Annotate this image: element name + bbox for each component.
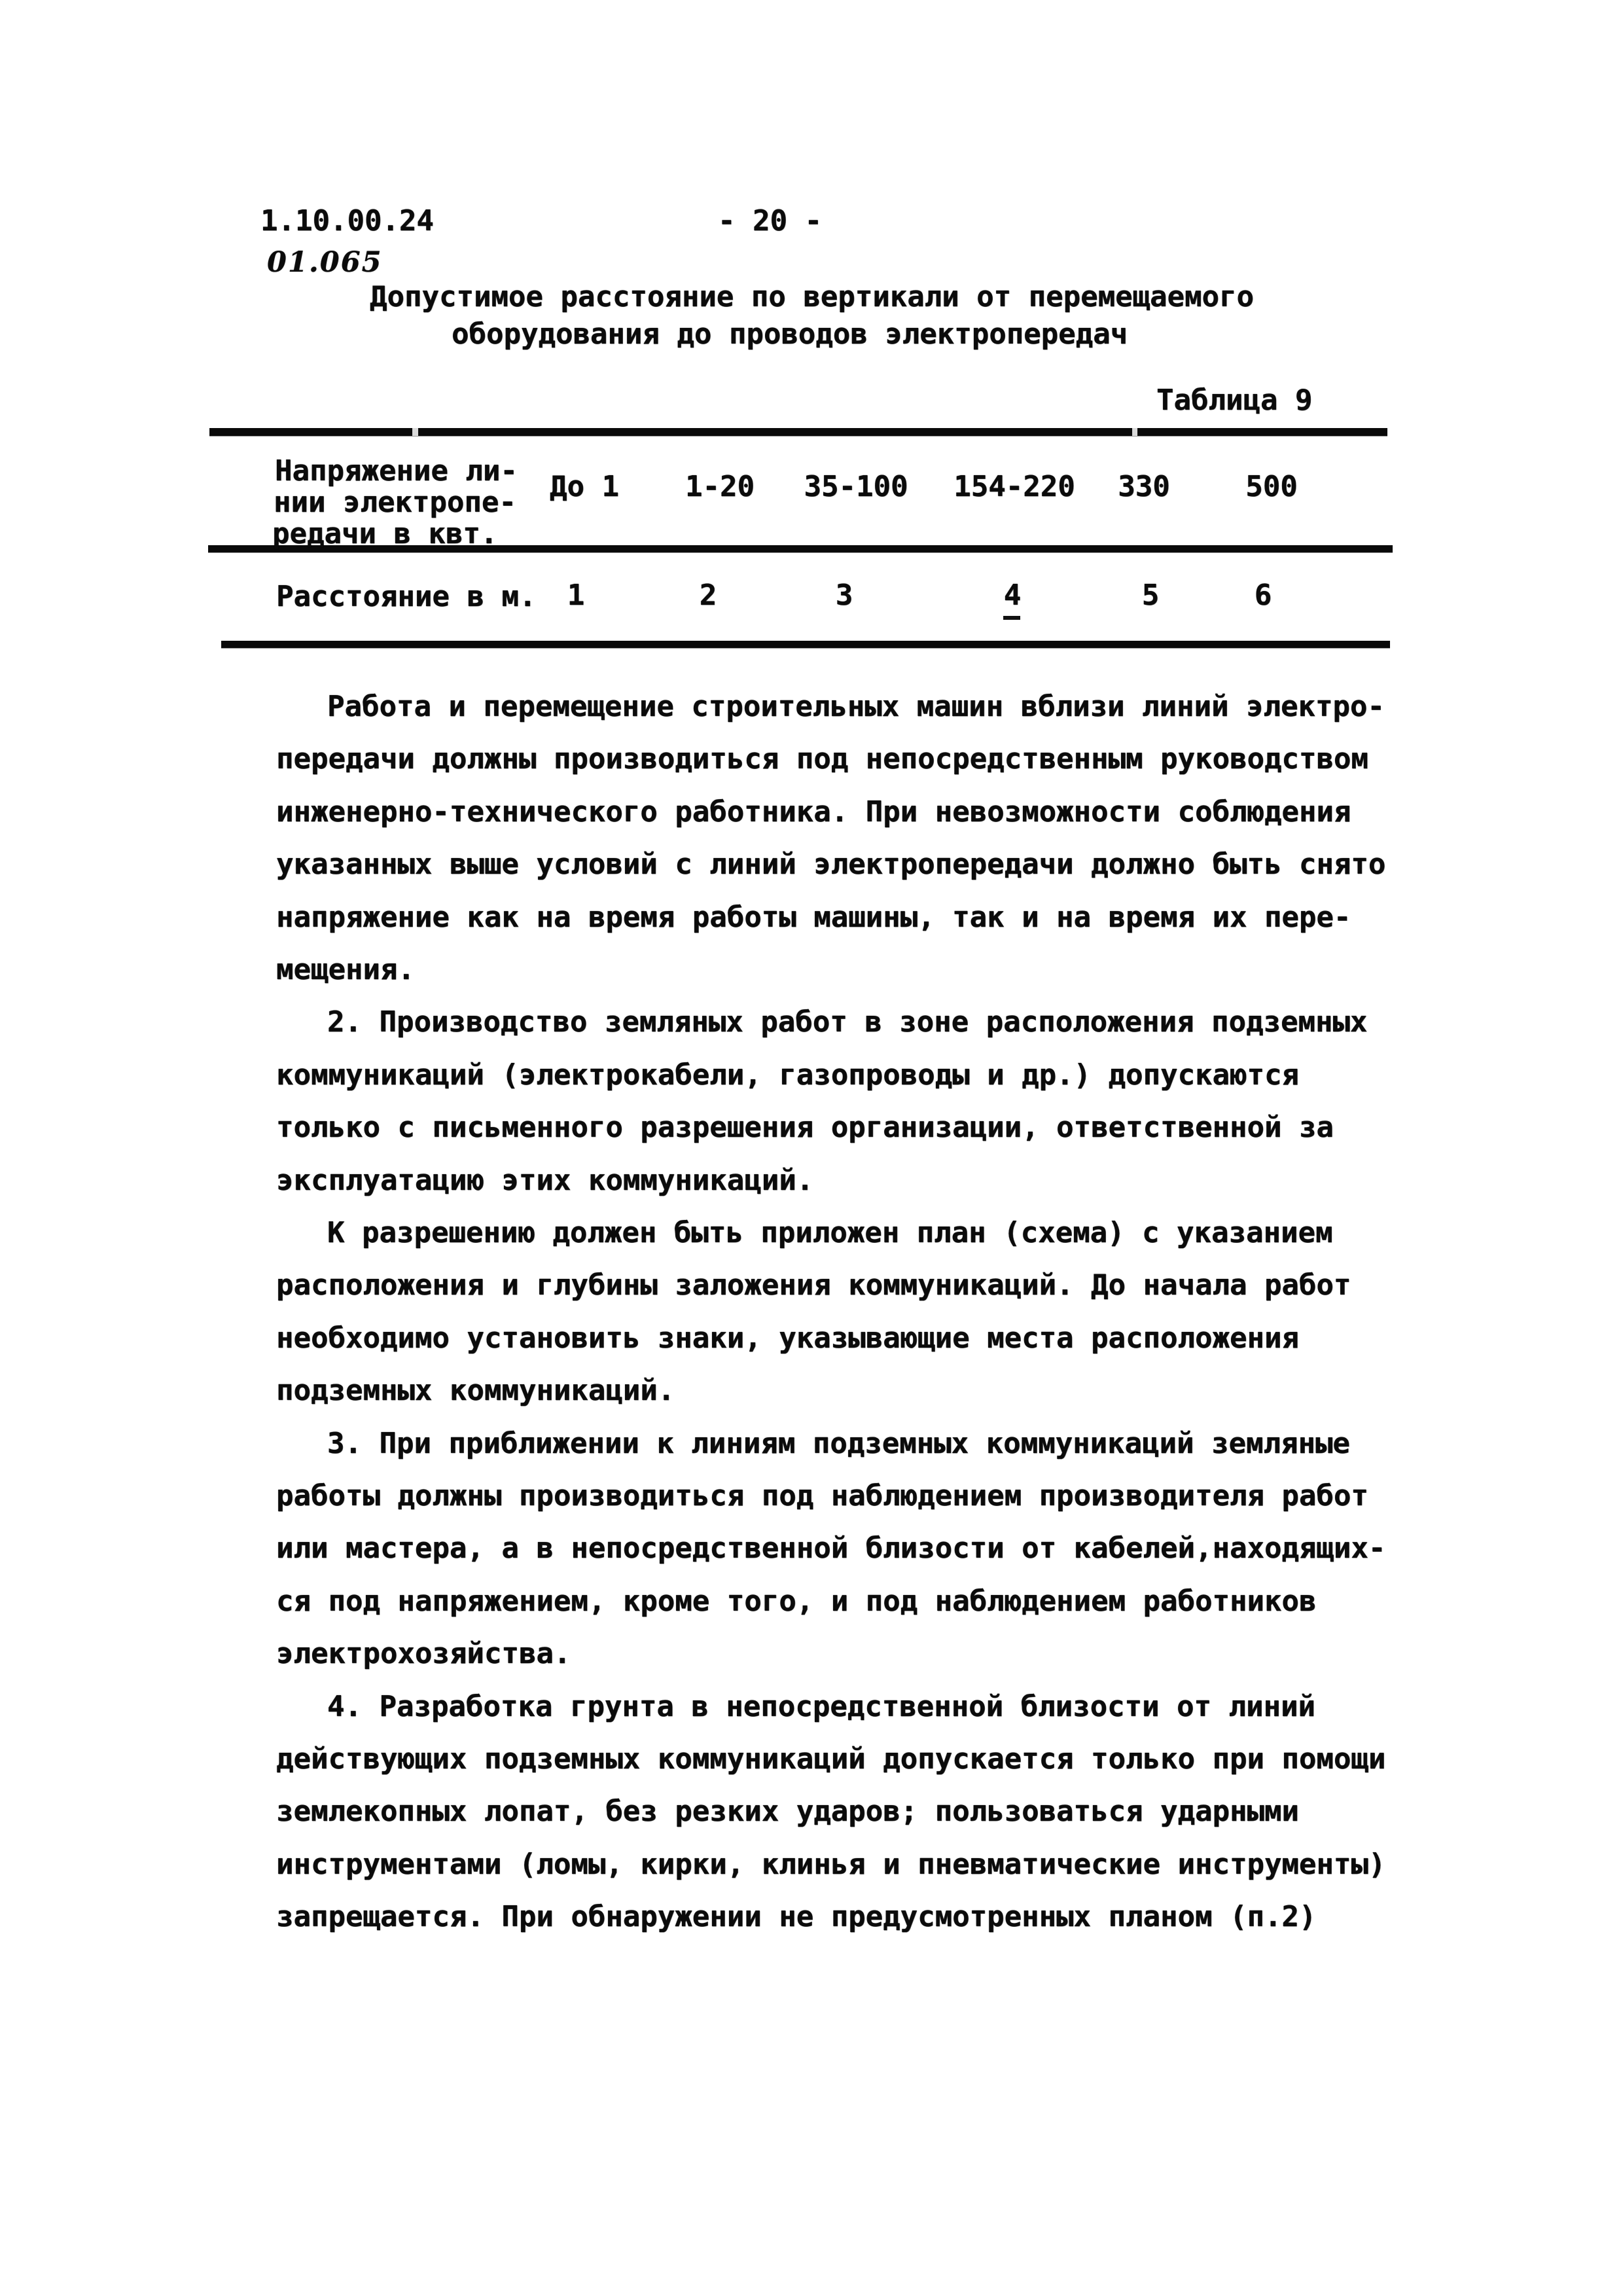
text-line: необходимо установить знаки, указывающие… bbox=[276, 1324, 1299, 1353]
table-voltage-column-header: 1-20 bbox=[685, 473, 755, 501]
text-line: мещения. bbox=[276, 956, 415, 984]
text-line: 4. Разработка грунта в непосредственной … bbox=[327, 1693, 1315, 1721]
table-rowheader-voltage-line2: нии электропе- bbox=[274, 488, 516, 517]
table-rowheader-distance: Расстояние в м. bbox=[276, 583, 536, 611]
text-line: запрещается. При обнаружении не предусмо… bbox=[276, 1903, 1316, 1931]
handwritten-code: 01.065 bbox=[267, 249, 383, 277]
text-line: инженерно-технического работника. При не… bbox=[276, 798, 1351, 827]
page-number: - 20 - bbox=[718, 207, 822, 236]
text-line: работы должны производиться под наблюден… bbox=[276, 1482, 1368, 1511]
text-line: К разрешению должен быть приложен план (… bbox=[327, 1219, 1332, 1247]
table-caption: Таблица 9 bbox=[1156, 386, 1312, 415]
title-line-2: оборудования до проводов электропередач bbox=[452, 320, 1128, 349]
text-line: 3. При приближении к линиям подземных ко… bbox=[327, 1429, 1350, 1458]
title-line-1: Допустимое расстояние по вертикали от пе… bbox=[370, 283, 1254, 312]
text-line: напряжение как на время работы машины, т… bbox=[276, 903, 1351, 932]
text-line: только с письменного разрешения организа… bbox=[276, 1113, 1334, 1142]
text-line: указанных выше условий с линий электропе… bbox=[276, 850, 1385, 879]
text-line: эксплуатацию этих коммуникаций. bbox=[276, 1166, 813, 1195]
table-bottom-rule bbox=[221, 641, 1390, 648]
table-voltage-column-header: До 1 bbox=[550, 473, 619, 501]
table-voltage-column-header: 154-220 bbox=[954, 473, 1075, 501]
text-line: передачи должны производиться под непоср… bbox=[276, 745, 1368, 774]
text-line: коммуникаций (электрокабели, газопроводы… bbox=[276, 1061, 1299, 1090]
table-voltage-column-header: 330 bbox=[1118, 473, 1169, 501]
text-line: расположения и глубины заложения коммуни… bbox=[276, 1271, 1351, 1300]
table-voltage-column-header: 35-100 bbox=[804, 473, 908, 501]
table-distance-value: 1 bbox=[567, 581, 585, 610]
table-distance-value: 2 bbox=[700, 581, 717, 610]
table-voltage-column-header: 500 bbox=[1245, 473, 1297, 501]
text-line: подземных коммуникаций. bbox=[276, 1376, 675, 1405]
text-line: землекопных лопат, без резких ударов; по… bbox=[276, 1797, 1299, 1826]
table-distance-value: 6 bbox=[1255, 581, 1272, 610]
document-number: 1.10.00.24 bbox=[260, 207, 434, 236]
scanned-document-page: 1.10.00.24 - 20 - 01.065 Допустимое расс… bbox=[0, 0, 1623, 2296]
text-line: действующих подземных коммуникаций допус… bbox=[276, 1745, 1385, 1774]
table-rowheader-voltage-line1: Напряжение ли- bbox=[275, 457, 518, 486]
text-line: ся под напряжением, кроме того, и под на… bbox=[276, 1587, 1316, 1616]
scan-speck bbox=[1003, 616, 1020, 620]
text-line: инструментами (ломы, кирки, клинья и пне… bbox=[276, 1850, 1385, 1879]
table-distance-value: 3 bbox=[836, 581, 853, 610]
text-line: или мастера, а в непосредственной близос… bbox=[276, 1534, 1385, 1563]
text-line: электрохозяйства. bbox=[276, 1640, 571, 1668]
table-distance-value: 5 bbox=[1142, 581, 1160, 610]
text-line: 2. Производство земляных работ в зоне ра… bbox=[327, 1008, 1367, 1037]
table-rowheader-voltage-line3: редачи в квт. bbox=[272, 520, 497, 548]
text-line: Работа и перемещение строительных машин … bbox=[327, 692, 1385, 721]
table-top-rule bbox=[209, 428, 1387, 436]
table-distance-value: 4 bbox=[1004, 581, 1022, 610]
